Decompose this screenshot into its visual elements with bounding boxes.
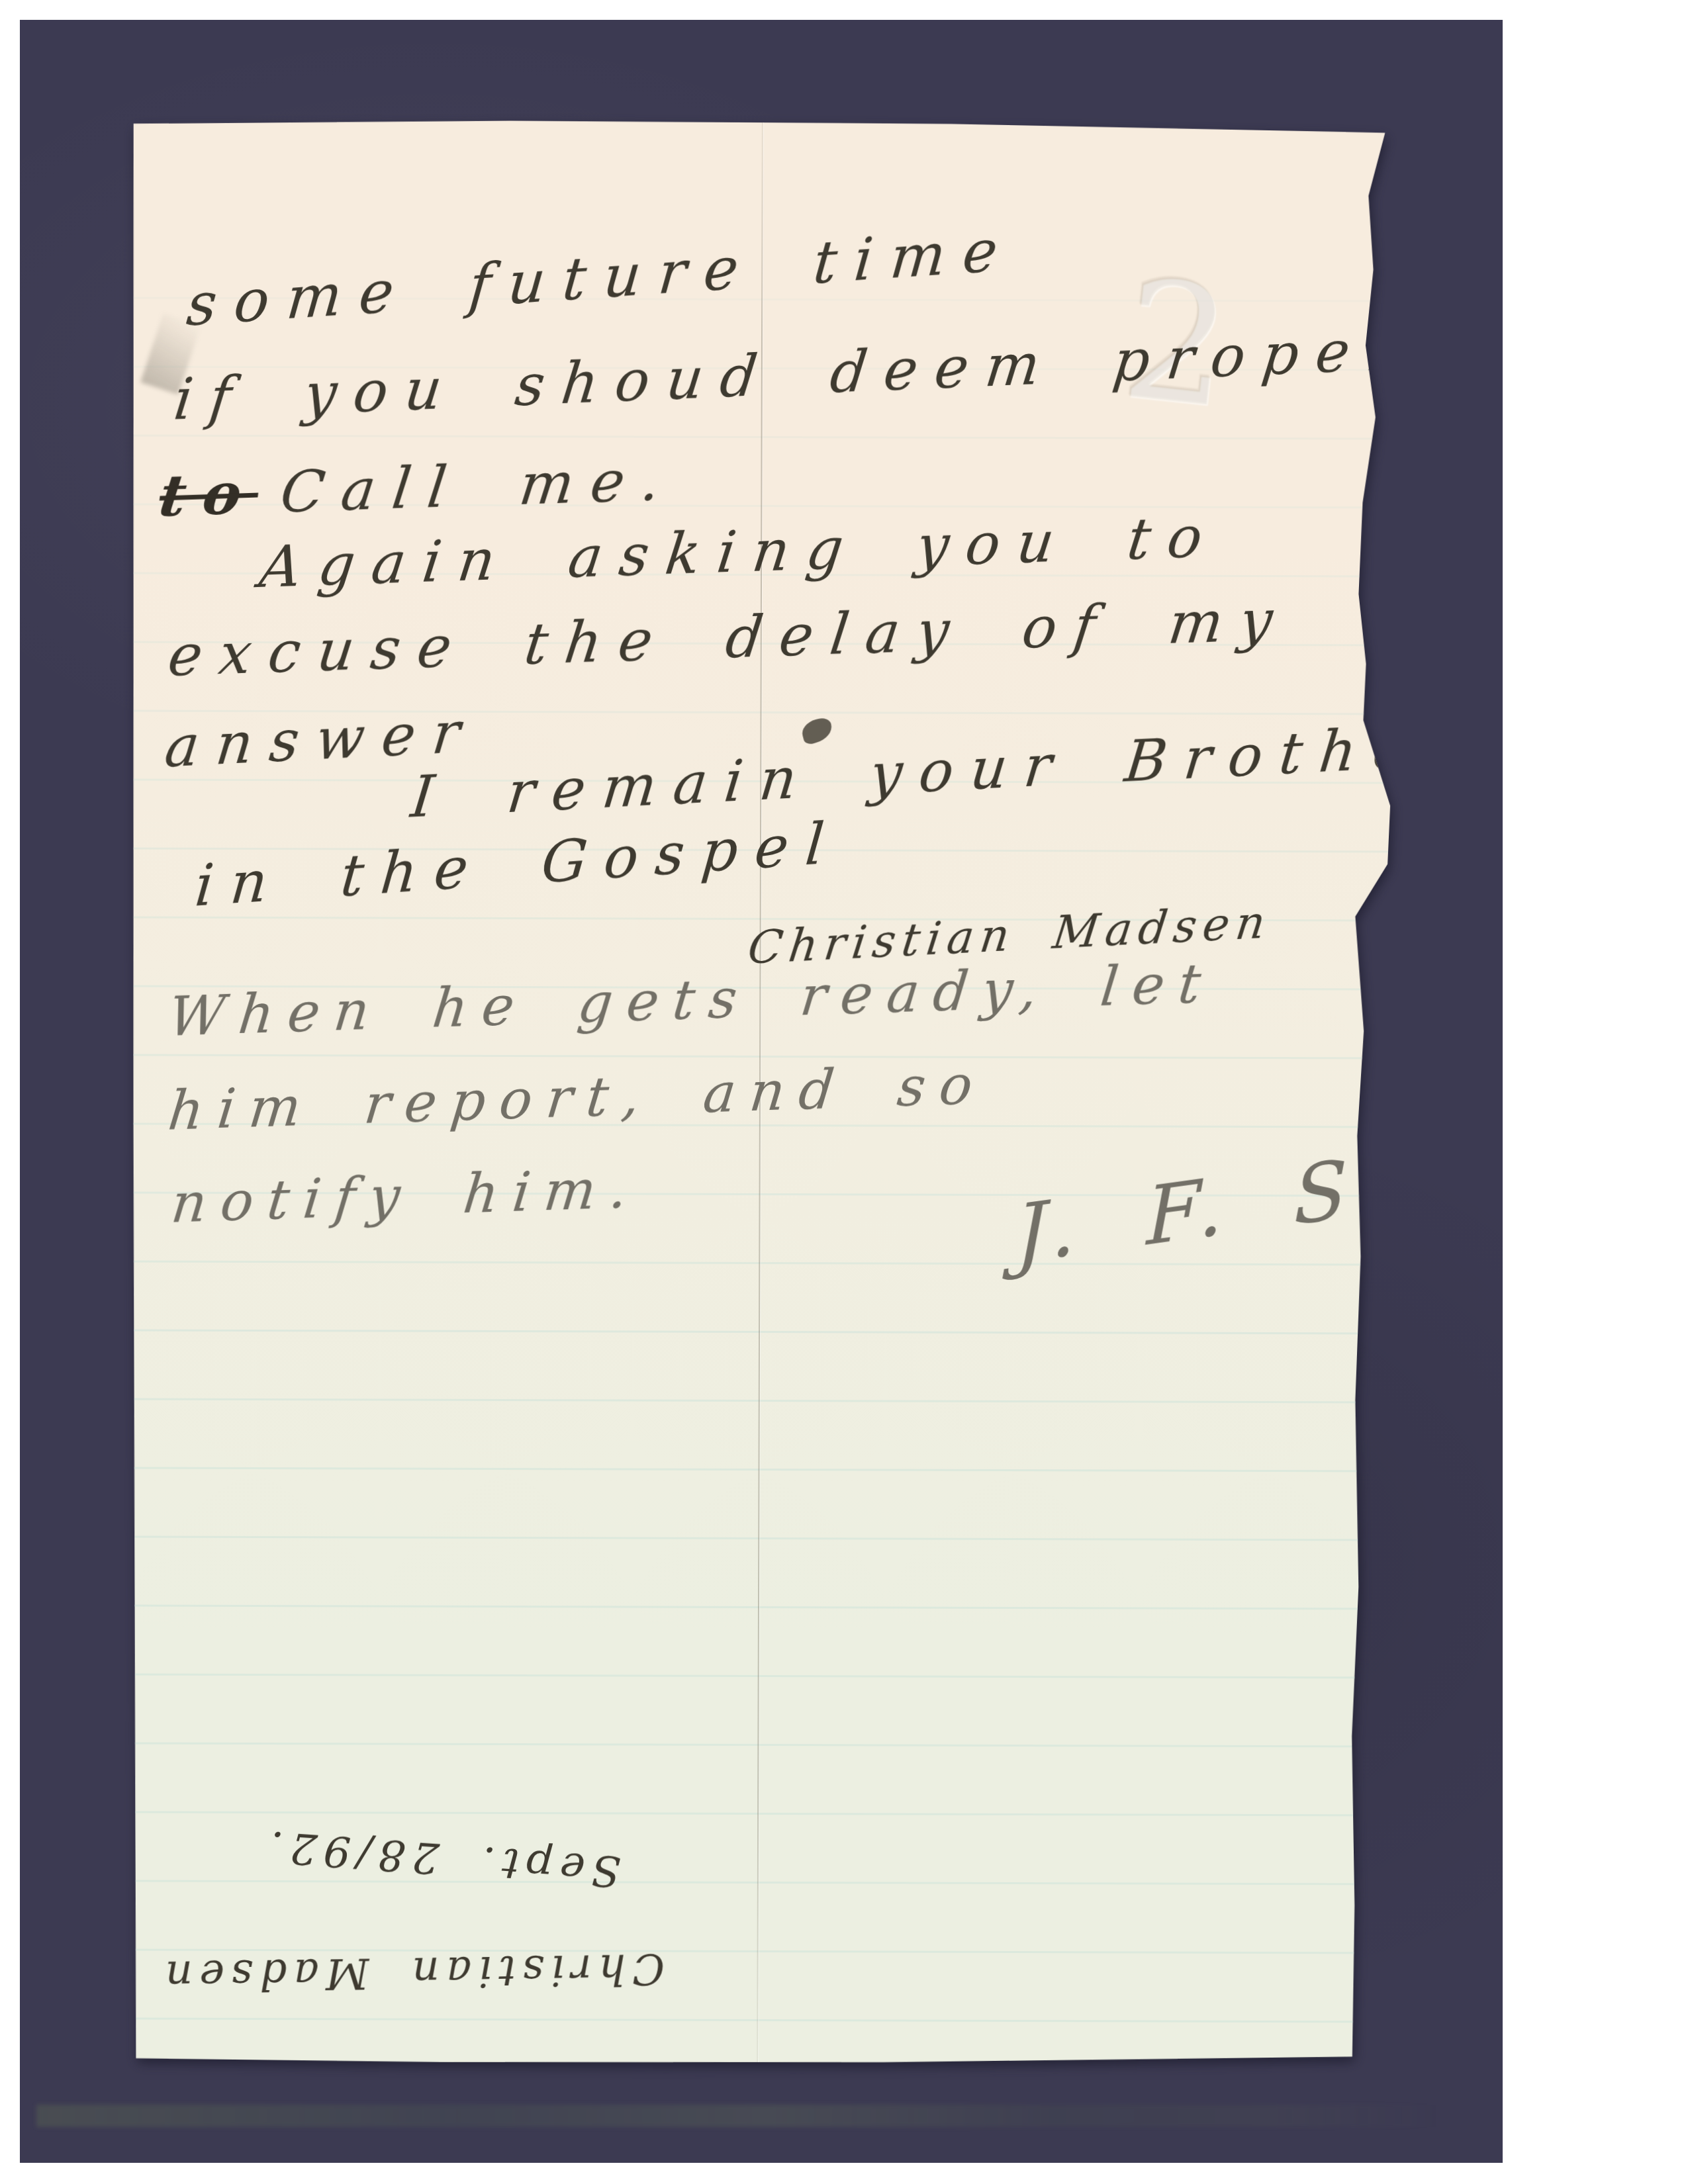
letter-paper: 2 some future time if you shoud deem pro… [126,119,1393,2065]
mat-background: 2 some future time if you shoud deem pro… [20,20,1503,2163]
struck-word: to [156,459,262,529]
letter-line-3-text: Call me. [277,447,681,526]
scan-page: 2 some future time if you shoud deem pro… [0,0,1688,2184]
paper-shadow-wrap: 2 some future time if you shoud deem pro… [126,119,1393,2065]
ghost-text-smear [36,2105,1440,2127]
docket-name-inverted: Christian Madsen [158,1944,665,2000]
